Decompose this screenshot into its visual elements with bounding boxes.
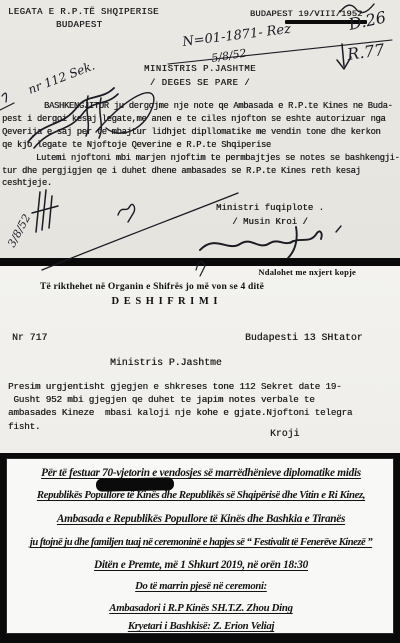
- recipient-ministry: MINISTRIS P.JASHTME: [0, 64, 400, 74]
- scanned-document: LEGATA E R.P.TË SHQIPERISE BUDAPEST BUDA…: [0, 0, 400, 643]
- telegram-body-line: Gusht 952 mbi gjegjen qe duhet te japim …: [8, 393, 398, 406]
- telegram-recipient: Ministris P.Jashtme: [110, 357, 222, 368]
- letter-body-line: Qeverija e saj per te mbajtur lidhjet di…: [2, 126, 399, 139]
- return-notice: Të rikthehet në Organin e Shifrës jo më …: [40, 282, 264, 292]
- telegram-body-line: ambasades Kineze mbasi kaloji nje kohe e…: [8, 406, 398, 419]
- invitation-section: Për të festuar 70-vjetorin e vendosjes s…: [0, 453, 400, 643]
- letter-body-line: ceshtjeje.: [2, 177, 399, 190]
- telegram-date: Budapesti 13 SHtator: [245, 332, 363, 343]
- invitation-line: Për të festuar 70-vjetorin e vendosjes s…: [7, 467, 395, 479]
- recipient-department: / DEGES SE PARE /: [0, 78, 400, 88]
- letter-section: LEGATA E R.P.TË SHQIPERISE BUDAPEST BUDA…: [0, 0, 400, 258]
- invitation-attendee: Ambasadori i R.P Kinës SH.T.Z. Zhou Ding: [7, 602, 395, 614]
- invitation-attendee: Kryetari i Bashkisë: Z. Erion Veliaj: [7, 620, 395, 632]
- telegram-body: Presim urgjentisht gjegjen e shkreses to…: [8, 380, 398, 433]
- legation-city: BUDAPEST: [56, 20, 102, 30]
- section-divider-bar: [0, 258, 400, 266]
- no-copy-notice: Ndalohet me nxjert kopje: [258, 267, 356, 277]
- letter-body-line: qe kjo legate te Njoftoje Qeverine e R.P…: [2, 139, 399, 152]
- closing-title: Ministri fuqiplote .: [200, 203, 340, 213]
- invitation-line: Republikës Popullore të Kinës dhe Republ…: [7, 489, 395, 501]
- letter-date: BUDAPEST 19/VIII/1952: [250, 9, 363, 19]
- letter-body: BASHKENGJITUR ju dergojme nje note qe Am…: [2, 100, 399, 190]
- invitation-subtitle: Do të marrin pjesë në ceremoni:: [7, 581, 395, 592]
- decipher-section: Ndalohet me nxjert kopje Të rikthehet në…: [0, 266, 400, 453]
- telegram-body-line: fisht.: [8, 420, 398, 433]
- date-underline-mark: [285, 20, 367, 24]
- telegram-signature: Kroji: [270, 428, 299, 439]
- letter-body-line: tur dhe pergjigjen qe i duhet dhene amba…: [2, 165, 399, 178]
- letter-body-line: pest i dergoi kesaj legate,me anen e te …: [2, 113, 399, 126]
- letter-body-line: Lutemi njoftoni mbi marjen njoftim te pe…: [2, 152, 399, 165]
- legation-name: LEGATA E R.P.TË SHQIPERISE: [8, 7, 159, 17]
- invitation-line: ju ftojnë ju dhe familjen tuaj në ceremo…: [7, 537, 395, 548]
- letter-body-line: BASHKENGJITUR ju dergojme nje note qe Am…: [2, 100, 399, 113]
- telegram-number: Nr 717: [12, 332, 47, 343]
- invitation-card: Për të festuar 70-vjetorin e vendosjes s…: [6, 458, 394, 634]
- telegram-body-line: Presim urgjentisht gjegjen e shkreses to…: [8, 380, 398, 393]
- invitation-line: Ambasada e Republikës Popullore të Kinës…: [7, 513, 395, 525]
- invitation-line: Ditën e Premte, më 1 Shkurt 2019, në orë…: [7, 559, 395, 571]
- closing-name: / Musin Kroi /: [200, 217, 340, 227]
- decipher-title: D E S H I F R I M I: [0, 296, 330, 307]
